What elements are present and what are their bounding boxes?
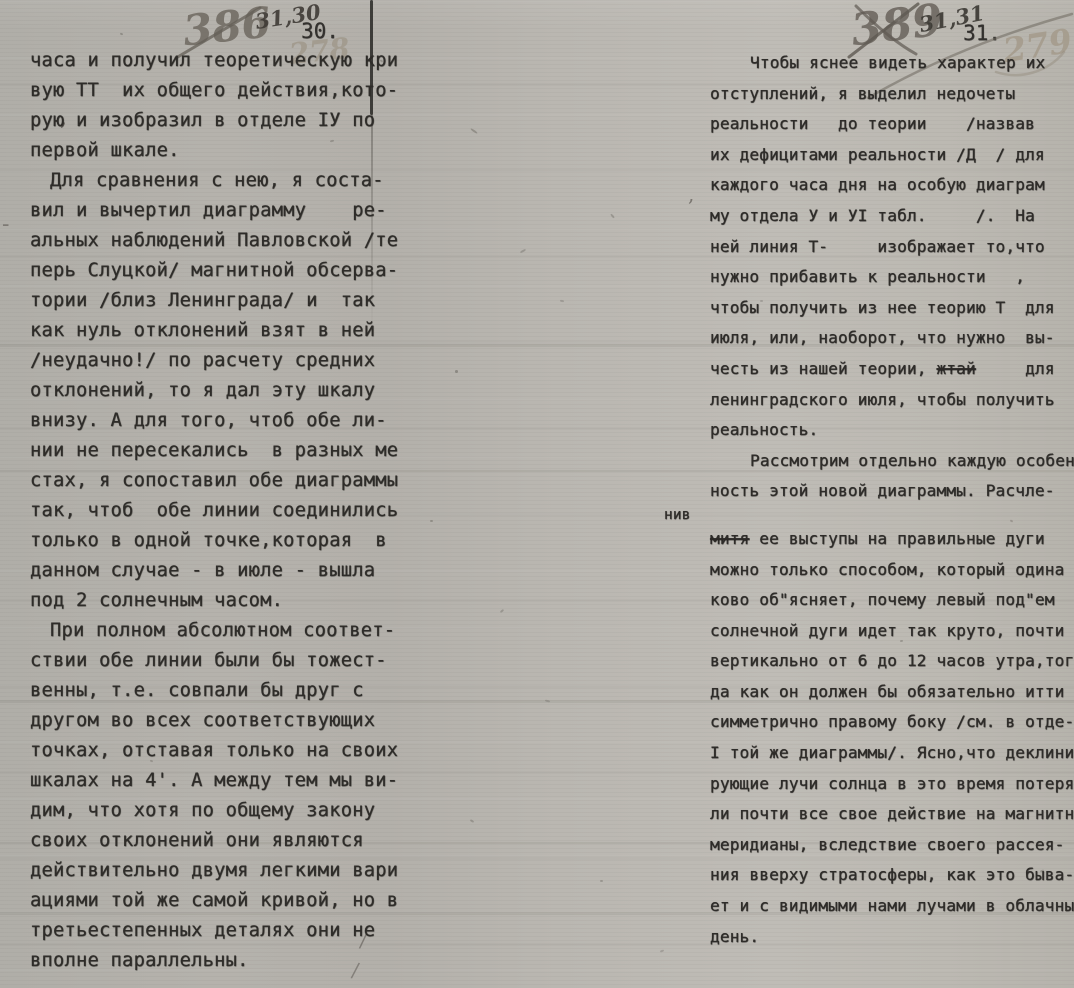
text-line: реальности до теории /назвав [710,109,1074,140]
overstruck-word: жтай [936,359,975,378]
text-line: данном случае - в июле - вышла [30,556,394,586]
text-line: рующие лучи солнца в это время потеря [710,769,1074,800]
text-line: митя ее выступы на правильные дуги [710,524,1074,555]
text-line: вполне параллельны. [30,946,394,976]
text-line: только в одной точке,которая в [30,526,394,556]
text-line: каждого часа дня на особую диаграм [710,170,1074,201]
text-line: шкалах на 4'. А между тем мы ви- [30,766,394,796]
text-line: чтобы получить из нее теорию Т для [710,293,1074,324]
text-line: рую и изобразил в отделе IУ по [30,106,394,136]
margin-pencil-mark: - [2,212,9,237]
text-line: ациями той же самой кривой, но в [30,886,394,916]
text-line: ней линия Т- изображает то,что [710,232,1074,263]
text-line: Чтобы яснее видеть характер их [710,48,1074,79]
right-page-text-column: Чтобы яснее видеть характер ихотступлени… [710,48,1074,952]
paper-speck [455,370,458,373]
text-line: своих отклонений они являются [30,826,394,856]
text-line: часа и получил теоретическую кри [30,46,394,76]
text-line: вертикально от 6 до 12 часов утра,тог [710,646,1074,677]
text-line: под 2 солнечным часом. [30,586,394,616]
text-line: реальность. [710,415,1074,446]
paper-speck [660,949,664,952]
paper-speck [610,213,615,218]
text-line: Рассмотрим отдельно каждую особен [710,446,1074,477]
text-line: вил и вычертил диаграмму ре- [30,196,394,226]
text-line: можно только способом, который одина [710,555,1074,586]
text-line: третьестепенных деталях они не [30,916,394,946]
text-line: симметрично правому боку /см. в отде- [710,707,1074,738]
paper-speck [430,520,433,522]
text-line: нии не пересекались в разных ме [30,436,394,466]
text-line: венны, т.е. совпали бы друг с [30,676,394,706]
text-line: му отдела У и УI табл. /. На [710,201,1074,232]
paper-speck [470,819,474,823]
text-line: Для сравнения с нею, я соста- [30,166,394,196]
text-line: I той же диаграммы/. Ясно,что деклини [710,738,1074,769]
text-line: да как он должен бы обязательно итти [710,677,1074,708]
text-line: солнечной дуги идет так круто, почти [710,616,1074,647]
text-line: При полном абсолютном соответ- [30,616,394,646]
text-line: отступлений, я выделил недочеты [710,79,1074,110]
text-line: тории /близ Ленинграда/ и так [30,286,394,316]
text-line: меридианы, вследствие своего рассея- [710,830,1074,861]
paper-speck [560,300,564,303]
text-line: так, чтоб обе линии соединились [30,496,394,526]
text-line: ствии обе линии были бы тожест- [30,646,394,676]
overstruck-word: митя [710,529,749,548]
text-line: ность этой новой диаграммы. Расчле- [710,476,1074,507]
text-line: ния вверху стратосферы, как это быва- [710,860,1074,891]
text-line: их дефицитами реальности /Д / для [710,140,1074,171]
text-line: как нуль отклонений взят в ней [30,316,394,346]
text-line: альных наблюдений Павловской /те [30,226,394,256]
margin-pencil-mark: , [688,182,694,206]
paper-speck [500,609,504,613]
paper-speck [470,128,478,134]
paper-speck [520,249,526,254]
text-line: /неудачно!/ по расчету средних [30,346,394,376]
scanned-document-page: 386 31,30 30. 278 389 31,31 31. 279 , - … [0,0,1074,988]
left-page-text-column: часа и получил теоретическую кривую ТТ и… [30,46,394,976]
text-line: вую ТТ их общего действия,кото- [30,76,394,106]
text-line: действительно двумя легкими вари [30,856,394,886]
text-line: нужно прибавить к реальности , [710,262,1074,293]
text-line: внизу. А для того, чтоб обе ли- [30,406,394,436]
text-line: день. [710,922,1074,953]
text-line: стах, я сопоставил обе диаграммы [30,466,394,496]
text-line: ково об"ясняет, почему левый под"ем [710,585,1074,616]
text-line: ли почти все свое действие на магнитны [710,799,1074,830]
text-line: перь Слуцкой/ магнитной обсерва- [30,256,394,286]
text-line: другом во всех соответствующих [30,706,394,736]
text-line: точках, отставая только на своих [30,736,394,766]
text-line: первой шкале. [30,136,394,166]
paper-speck [600,880,603,882]
text-line: ленинградского июля, чтобы получить [710,385,1074,416]
text-line: июля, или, наоборот, что нужно вы- [710,323,1074,354]
paper-speck [120,33,124,36]
text-line: честь из нашей теории, жтай для [710,354,1074,385]
typed-page-number-left: 30. [301,19,339,43]
text-line: дим, что хотя по общему закону [30,796,394,826]
text-line: отклонений, то я дал эту шкалу [30,376,394,406]
paper-speck [545,699,550,702]
text-line: нив [664,507,1074,524]
text-line: ет и с видимыми нами лучами в облачны [710,891,1074,922]
typed-page-number-right: 31. [963,21,1001,45]
